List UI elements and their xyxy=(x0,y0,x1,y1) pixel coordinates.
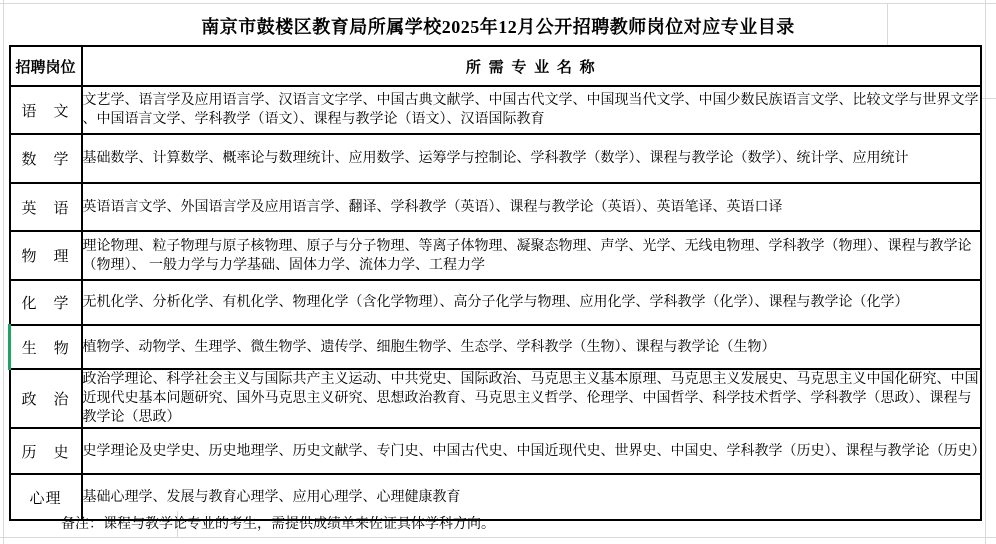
cell-position-physics[interactable]: 物 理 xyxy=(10,231,82,280)
cell-majors-history[interactable]: 史学理论及史学史、历史地理学、历史文献学、专门史、中国古代史、中国近现代史、世界… xyxy=(82,428,982,474)
cell-majors-english[interactable]: 英语语言文学、外国语言学及应用语言学、翻译、学科教学（英语）、课程与教学论（英语… xyxy=(82,183,982,231)
cell-position-english[interactable]: 英 语 xyxy=(10,183,82,231)
table-row-psychology: 心理 基础心理学、发展与教育心理学、应用心理学、心理健康教育 xyxy=(10,474,982,520)
gridline xyxy=(0,3,996,4)
cell-position-chemistry[interactable]: 化 学 xyxy=(10,280,82,325)
cell-position-psychology[interactable]: 心理 xyxy=(10,474,82,520)
table-row-politics: 政 治 政治学理论、科学社会主义与国际共产主义运动、中共党史、国际政治、马克思主… xyxy=(10,369,982,428)
cell-position-biology[interactable]: 生 物 xyxy=(10,325,82,369)
cell-position-math[interactable]: 数 学 xyxy=(10,134,82,183)
cell-majors-math[interactable]: 基础数学、计算数学、概率论与数理统计、应用数学、运筹学与控制论、学科教学（数学）… xyxy=(82,134,982,183)
document-title: 南京市鼓楼区教育局所属学校2025年12月公开招聘教师岗位对应专业目录 xyxy=(0,16,996,38)
majors-table: 招聘岗位 所 需 专 业 名 称 语 文 文艺学、语言学及应用语言学、汉语言文字… xyxy=(8,45,982,521)
table-row-biology-selected: 生 物 植物学、动物学、生理学、微生物学、遗传学、细胞生物学、生态学、学科教学（… xyxy=(10,325,982,369)
cell-majors-chinese[interactable]: 文艺学、语言学及应用语言学、汉语言文字学、中国古典文献学、中国古代文学、中国现当… xyxy=(82,86,982,134)
table-row-physics: 物 理 理论物理、粒子物理与原子核物理、原子与分子物理、等离子体物理、凝聚态物理… xyxy=(10,231,982,280)
table-row-math: 数 学 基础数学、计算数学、概率论与数理统计、应用数学、运筹学与控制论、学科教学… xyxy=(10,134,982,183)
table-header-row: 招聘岗位 所 需 专 业 名 称 xyxy=(10,46,982,86)
header-position[interactable]: 招聘岗位 xyxy=(10,46,82,86)
gridline xyxy=(985,0,986,544)
cell-majors-biology[interactable]: 植物学、动物学、生理学、微生物学、遗传学、细胞生物学、生态学、学科教学（生物）、… xyxy=(82,325,982,369)
table-row-english: 英 语 英语语言文学、外国语言学及应用语言学、翻译、学科教学（英语）、课程与教学… xyxy=(10,183,982,231)
spreadsheet-canvas: 南京市鼓楼区教育局所属学校2025年12月公开招聘教师岗位对应专业目录 招聘岗位… xyxy=(0,0,996,544)
cell-majors-politics[interactable]: 政治学理论、科学社会主义与国际共产主义运动、中共党史、国际政治、马克思主义基本原… xyxy=(82,369,982,428)
cell-majors-psychology[interactable]: 基础心理学、发展与教育心理学、应用心理学、心理健康教育 xyxy=(82,474,982,520)
table-row-chemistry: 化 学 无机化学、分析化学、有机化学、物理化学（含化学物理）、高分子化学与物理、… xyxy=(10,280,982,325)
table-row-chinese: 语 文 文艺学、语言学及应用语言学、汉语言文字学、中国古典文献学、中国古代文学、… xyxy=(10,86,982,134)
cell-position-chinese[interactable]: 语 文 xyxy=(10,86,82,134)
cell-majors-chemistry[interactable]: 无机化学、分析化学、有机化学、物理化学（含化学物理）、高分子化学与物理、应用化学… xyxy=(82,280,982,325)
footer-note: 备注：课程与教学论专业的考生，需提供成绩单来佐证具体学科方向。 xyxy=(61,515,495,535)
gridline xyxy=(982,98,996,99)
cell-majors-physics[interactable]: 理论物理、粒子物理与原子核物理、原子与分子物理、等离子体物理、凝聚态物理、声学、… xyxy=(82,231,982,280)
header-majors[interactable]: 所 需 专 业 名 称 xyxy=(82,46,982,86)
cell-position-politics[interactable]: 政 治 xyxy=(10,369,82,428)
cell-position-history[interactable]: 历 史 xyxy=(10,428,82,474)
table-row-history: 历 史 史学理论及史学史、历史地理学、历史文献学、专门史、中国古代史、中国近现代… xyxy=(10,428,982,474)
gridline xyxy=(3,0,4,544)
gridline xyxy=(0,537,996,538)
